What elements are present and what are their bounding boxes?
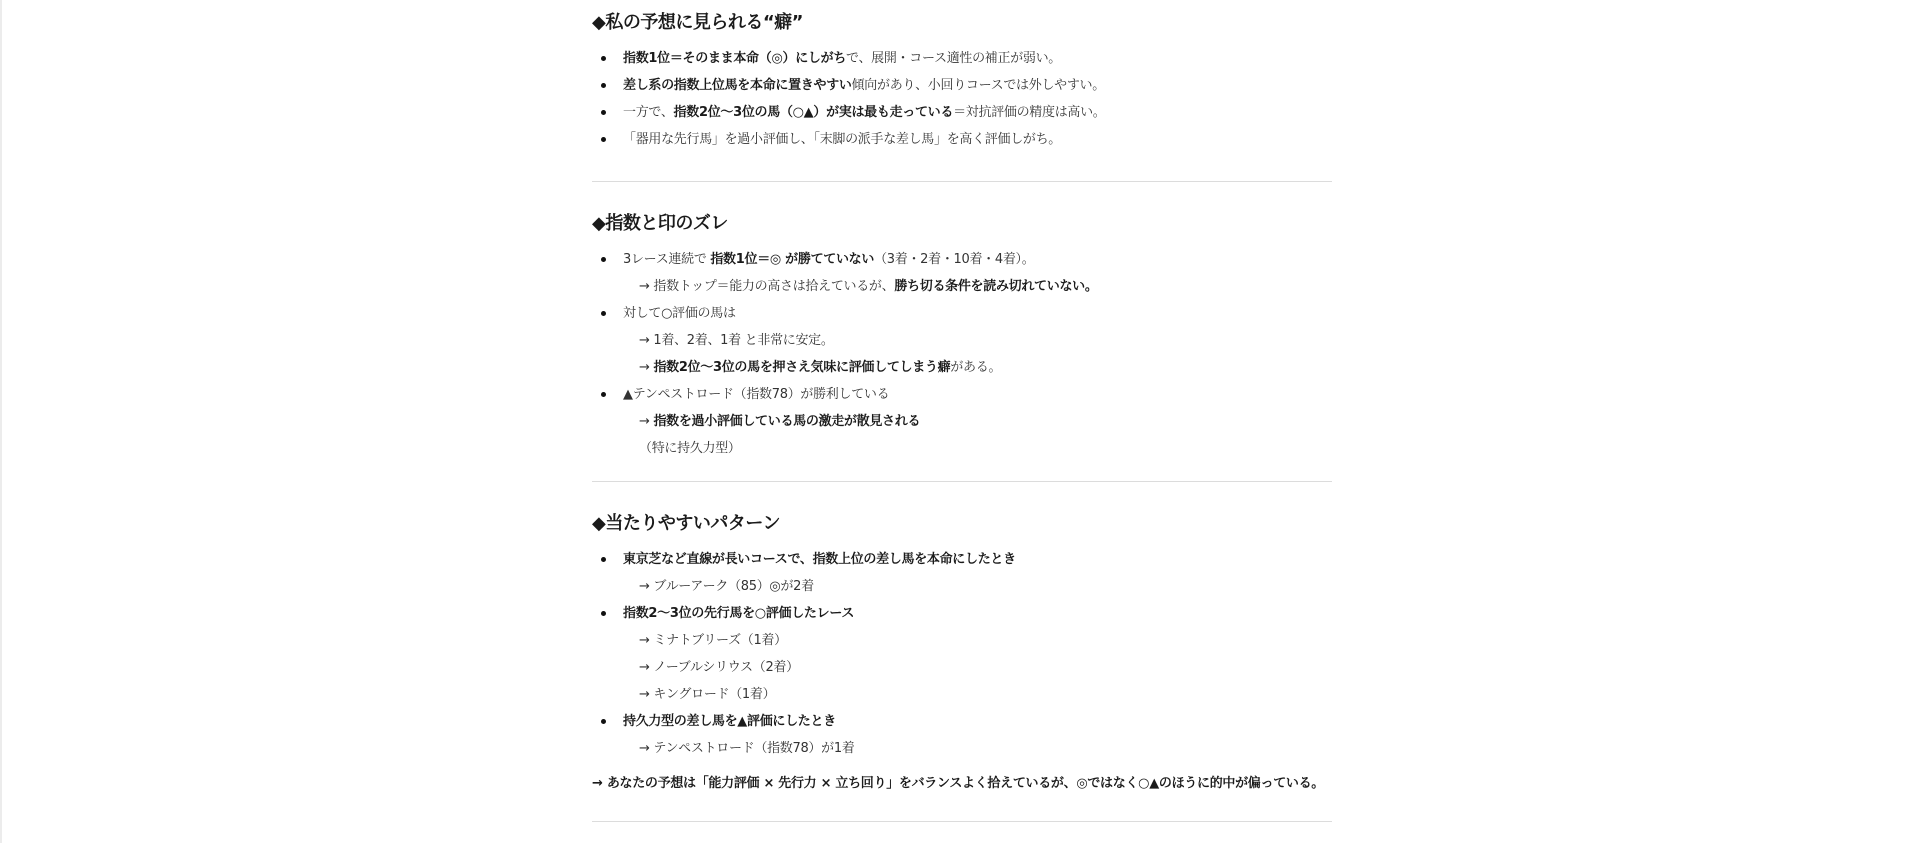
page-left-border: [0, 0, 2, 843]
body-text: 一方で、: [623, 105, 674, 120]
patterns-list: 東京芝など直線が長いコースで、指数上位の差し馬を本命にしたとき→ ブルーアーク（…: [592, 546, 1332, 762]
document-body: ◆私の予想に見られる“癖” 指数1位＝そのまま本命（◎）にしがちで、展開・コース…: [592, 0, 1332, 822]
section-heading: ◆当たりやすいパターン: [592, 502, 1332, 546]
index-gap-list: 3レース連続で 指数1位＝◎ が勝てていない（3着・2着・10着・4着）。→ 指…: [592, 246, 1332, 462]
body-text: → テンペストロード（指数78）が1着: [639, 741, 855, 756]
summary-conclusion: → あなたの予想は「能力評価 × 先行力 × 立ち回り」をバランスよく拾えている…: [592, 770, 1332, 797]
body-text: 傾向があり、小回りコースでは外しやすい。: [852, 78, 1105, 93]
list-subitem: → 1着、2着、1着 と非常に安定。: [592, 327, 1332, 354]
list-subitem: （特に持久力型）: [592, 435, 1332, 462]
emphasis-text: 指数2〜3位の先行馬を○評価したレース: [623, 606, 854, 621]
body-text: 対して○評価の馬は: [623, 306, 736, 321]
emphasis-text: 指数1位＝◎ が勝てていない: [710, 252, 874, 267]
emphasis-text: 持久力型の差し馬を▲評価にしたとき: [623, 714, 836, 729]
list-subitem: → 指数2位〜3位の馬を押さえ気味に評価してしまう癖がある。: [592, 354, 1332, 381]
emphasis-text: 指数を過小評価している馬の激走が散見される: [653, 414, 920, 429]
list-subitem: → キングロード（1着）: [592, 681, 1332, 708]
body-text: → ブルーアーク（85）◎が2着: [639, 579, 814, 594]
bullet-icon: [601, 110, 606, 115]
body-text: →: [639, 360, 653, 375]
list-item: 「器用な先行馬」を過小評価し、「末脚の派手な差し馬」を高く評価しがち。: [592, 126, 1332, 153]
body-text: → 指数トップ＝能力の高さは拾えているが、: [639, 279, 894, 294]
list-subitem: → 指数を過小評価している馬の激走が散見される: [592, 408, 1332, 435]
bullet-icon: [601, 557, 606, 562]
emphasis-text: 指数2位〜3位の馬（○▲）が実は最も走っている: [674, 105, 954, 120]
emphasis-text: 指数1位＝そのまま本命（◎）にしがち: [623, 51, 846, 66]
bullet-icon: [601, 137, 606, 142]
list-subitem: → ブルーアーク（85）◎が2着: [592, 573, 1332, 600]
bullet-icon: [601, 719, 606, 724]
list-item: 差し系の指数上位馬を本命に置きやすい傾向があり、小回りコースでは外しやすい。: [592, 72, 1332, 99]
section-winning-patterns: ◆当たりやすいパターン 東京芝など直線が長いコースで、指数上位の差し馬を本命にし…: [592, 482, 1332, 797]
list-item: 東京芝など直線が長いコースで、指数上位の差し馬を本命にしたとき: [592, 546, 1332, 573]
body-text: （特に持久力型）: [639, 441, 741, 456]
list-subitem: → ミナトブリーズ（1着）: [592, 627, 1332, 654]
list-item: 対して○評価の馬は: [592, 300, 1332, 327]
body-text: で、展開・コース適性の補正が弱い。: [846, 51, 1061, 66]
body-text: （3着・2着・10着・4着）。: [874, 252, 1034, 267]
emphasis-text: 勝ち切る条件を読み切れていない。: [894, 279, 1097, 294]
list-subitem: → ノーブルシリウス（2着）: [592, 654, 1332, 681]
bullet-icon: [601, 311, 606, 316]
body-text: ▲テンペストロード（指数78）が勝利している: [623, 387, 889, 402]
emphasis-text: 東京芝など直線が長いコースで、指数上位の差し馬を本命にしたとき: [623, 552, 1016, 567]
bullet-icon: [601, 56, 606, 61]
body-text: 3レース連続で: [623, 252, 710, 267]
bullet-icon: [601, 83, 606, 88]
section-habits: ◆私の予想に見られる“癖” 指数1位＝そのまま本命（◎）にしがちで、展開・コース…: [592, 0, 1332, 153]
list-item: 一方で、指数2位〜3位の馬（○▲）が実は最も走っている＝対抗評価の精度は高い。: [592, 99, 1332, 126]
list-item: 指数1位＝そのまま本命（◎）にしがちで、展開・コース適性の補正が弱い。: [592, 45, 1332, 72]
body-text: →: [639, 414, 653, 429]
bullet-icon: [601, 611, 606, 616]
section-heading: ◆指数と印のズレ: [592, 202, 1332, 246]
body-text: → キングロード（1着）: [639, 687, 775, 702]
body-text: → ミナトブリーズ（1着）: [639, 633, 787, 648]
list-item: ▲テンペストロード（指数78）が勝利している: [592, 381, 1332, 408]
list-item: 持久力型の差し馬を▲評価にしたとき: [592, 708, 1332, 735]
bullet-icon: [601, 257, 606, 262]
list-item: 3レース連続で 指数1位＝◎ が勝てていない（3着・2着・10着・4着）。: [592, 246, 1332, 273]
emphasis-text: 差し系の指数上位馬を本命に置きやすい: [623, 78, 852, 93]
section-heading: ◆私の予想に見られる“癖”: [592, 1, 1332, 45]
list-subitem: → テンペストロード（指数78）が1着: [592, 735, 1332, 762]
list-item: 指数2〜3位の先行馬を○評価したレース: [592, 600, 1332, 627]
section-index-gap: ◆指数と印のズレ 3レース連続で 指数1位＝◎ が勝てていない（3着・2着・10…: [592, 182, 1332, 462]
body-text: ＝対抗評価の精度は高い。: [953, 105, 1105, 120]
body-text: がある。: [950, 360, 1001, 375]
body-text: 「器用な先行馬」を過小評価し、「末脚の派手な差し馬」を高く評価しがち。: [623, 132, 1061, 147]
divider: [592, 821, 1332, 822]
habits-list: 指数1位＝そのまま本命（◎）にしがちで、展開・コース適性の補正が弱い。差し系の指…: [592, 45, 1332, 153]
emphasis-text: 指数2位〜3位の馬を押さえ気味に評価してしまう癖: [653, 360, 950, 375]
bullet-icon: [601, 392, 606, 397]
body-text: → 1着、2着、1着 と非常に安定。: [639, 333, 834, 348]
body-text: → ノーブルシリウス（2着）: [639, 660, 799, 675]
list-subitem: → 指数トップ＝能力の高さは拾えているが、勝ち切る条件を読み切れていない。: [592, 273, 1332, 300]
